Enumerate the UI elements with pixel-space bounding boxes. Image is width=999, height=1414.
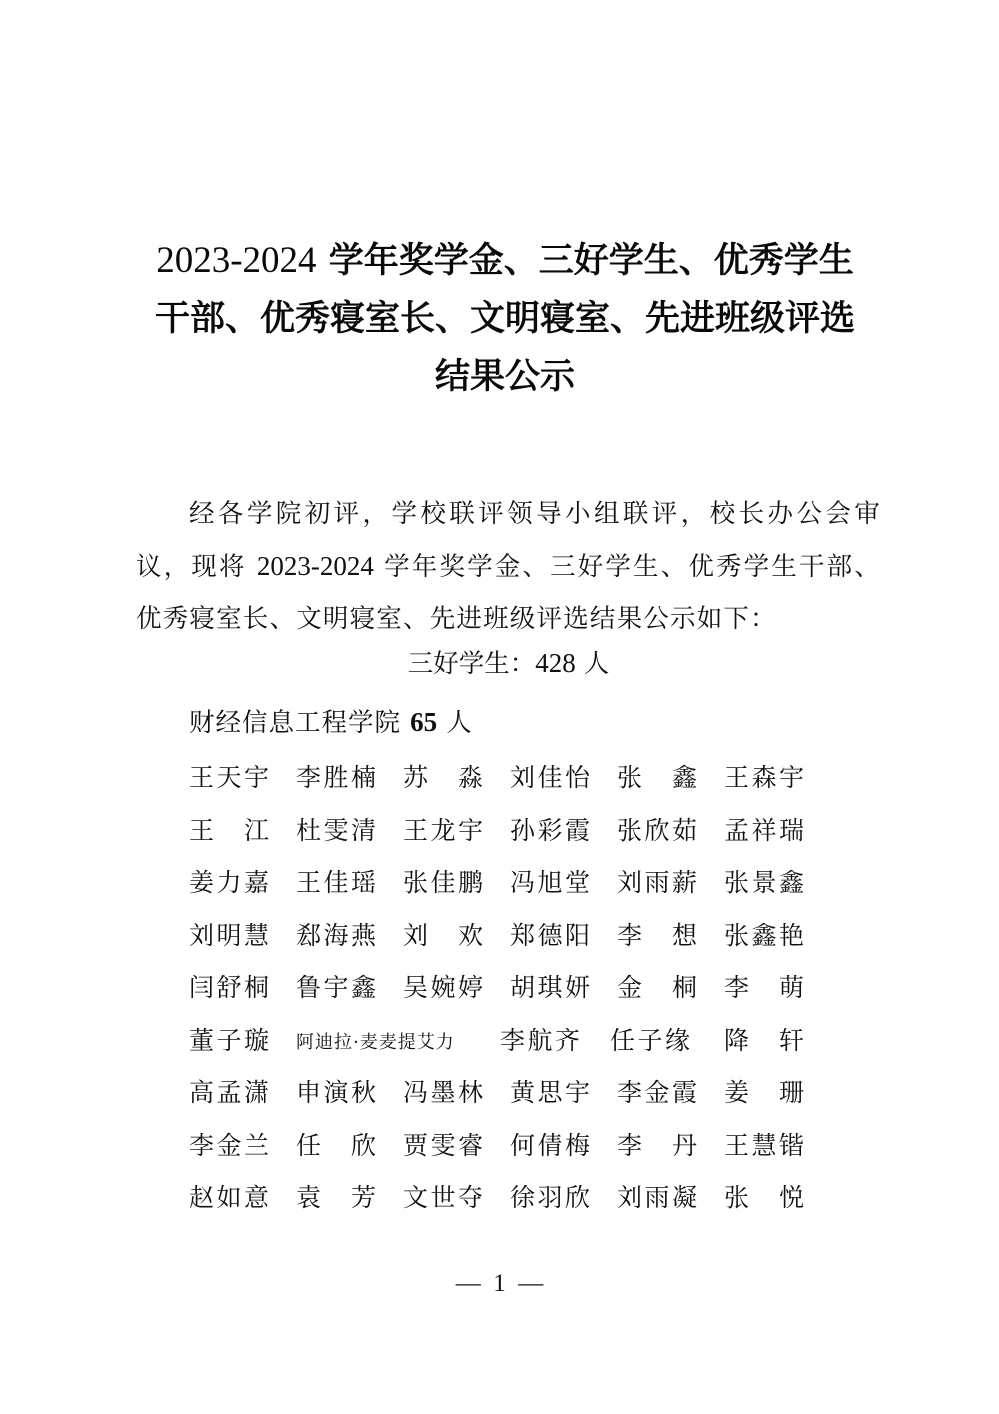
name-char: 齐 <box>555 1021 580 1061</box>
name-char: 王 <box>189 811 214 851</box>
college-heading: 财经信息工程学院 65 人 <box>189 704 473 741</box>
student-name: 郄海燕 <box>296 916 376 956</box>
name-char: 霞 <box>565 811 590 851</box>
name-char: 德 <box>537 916 562 956</box>
name-char: 锴 <box>779 1126 804 1166</box>
student-name: 李 萌 <box>724 968 804 1008</box>
name-char: 雨 <box>644 1178 669 1218</box>
student-name: 姜力嘉 <box>189 863 269 903</box>
name-char: 张 <box>617 758 642 798</box>
name-char: 舒 <box>216 968 241 1008</box>
student-name: 鲁宇鑫 <box>296 968 376 1008</box>
name-char: 鹏 <box>458 863 483 903</box>
name-char: 董 <box>189 1021 214 1061</box>
name-char: 旭 <box>537 863 562 903</box>
student-name: 张 鑫 <box>617 758 697 798</box>
student-name: 李胜楠 <box>296 758 376 798</box>
student-name: 杜雯清 <box>296 811 376 851</box>
name-char: 璇 <box>244 1021 269 1061</box>
name-char: 高 <box>189 1073 214 1113</box>
name-char: 张 <box>724 863 749 903</box>
name-char: 任 <box>610 1021 635 1061</box>
name-char: 何 <box>510 1126 535 1166</box>
name-char: 鑫 <box>672 758 697 798</box>
student-name: 郑德阳 <box>510 916 590 956</box>
name-char: 王 <box>403 811 428 851</box>
student-name: 袁 芳 <box>296 1178 376 1218</box>
name-char: 阳 <box>565 916 590 956</box>
name-char: 如 <box>216 1178 241 1218</box>
name-char: 妍 <box>565 968 590 1008</box>
student-name: 阿迪拉·麦麦提艾力 <box>296 1023 496 1063</box>
name-char <box>751 1021 776 1061</box>
student-name: 黄思宇 <box>510 1073 590 1113</box>
name-char: 思 <box>537 1073 562 1113</box>
name-char: 珊 <box>779 1073 804 1113</box>
name-char: 慧 <box>751 1126 776 1166</box>
student-name: 高孟潇 <box>189 1073 269 1113</box>
name-char: 孟 <box>724 811 749 851</box>
student-name: 王天宇 <box>189 758 269 798</box>
name-char: 航 <box>527 1021 552 1061</box>
name-char: 芳 <box>351 1178 376 1218</box>
name-char: 胜 <box>323 758 348 798</box>
student-name: 冯墨林 <box>403 1073 483 1113</box>
student-name: 张欣茹 <box>617 811 697 851</box>
page-title: 2023-2024 学年奖学金、三好学生、优秀学生 干部、优秀寝室长、文明寝室、… <box>130 232 880 406</box>
student-name: 刘 欢 <box>403 916 483 956</box>
student-name: 申演秋 <box>296 1073 376 1113</box>
name-char: 刘 <box>189 916 214 956</box>
name-char: 子 <box>216 1021 241 1061</box>
name-row: 闫舒桐鲁宇鑫吴婉婷胡琪妍金 桐李 萌 <box>189 968 819 1021</box>
student-name: 王森宇 <box>724 758 804 798</box>
name-char: 婷 <box>458 968 483 1008</box>
student-name: 冯旭堂 <box>510 863 590 903</box>
name-char: 薪 <box>672 863 697 903</box>
name-char <box>751 1178 776 1218</box>
intro-year: 2023-2024 <box>257 551 374 581</box>
name-char: 冯 <box>403 1073 428 1113</box>
name-char: 龙 <box>430 811 455 851</box>
name-char: 孟 <box>216 1073 241 1113</box>
student-name: 刘雨薪 <box>617 863 697 903</box>
name-char: 李 <box>296 758 321 798</box>
section-label: 三好学生： <box>408 649 536 679</box>
name-row: 李金兰任 欣贾雯睿何倩梅李 丹王慧锴 <box>189 1126 819 1179</box>
student-name: 降 轩 <box>724 1021 804 1061</box>
name-char: 鑫 <box>779 863 804 903</box>
student-name: 何倩梅 <box>510 1126 590 1166</box>
name-char: 张 <box>403 863 428 903</box>
name-char: 霞 <box>672 1073 697 1113</box>
name-char: 瑶 <box>351 863 376 903</box>
name-char <box>751 968 776 1008</box>
college-count: 65 <box>410 707 437 737</box>
name-row: 高孟潇申演秋冯墨林黄思宇李金霞姜 珊 <box>189 1073 819 1126</box>
name-char: 婉 <box>430 968 455 1008</box>
student-name: 董子璇 <box>189 1021 269 1061</box>
name-char: 欣 <box>565 1178 590 1218</box>
name-char: 胡 <box>510 968 535 1008</box>
name-char: 慧 <box>244 916 269 956</box>
name-char: 雨 <box>644 863 669 903</box>
name-char: 吴 <box>403 968 428 1008</box>
name-char: 李 <box>617 1126 642 1166</box>
title-line-2: 干部、优秀寝室长、文明寝室、先进班级评选 <box>130 290 880 348</box>
name-char: 王 <box>724 1126 749 1166</box>
name-char: 明 <box>216 916 241 956</box>
name-char: 嘉 <box>244 863 269 903</box>
student-name: 贾雯睿 <box>403 1126 483 1166</box>
name-char: 宇 <box>244 758 269 798</box>
name-char: 子 <box>637 1021 662 1061</box>
name-char: 郄 <box>296 916 321 956</box>
title-line-3: 结果公示 <box>130 348 880 406</box>
college-unit: 人 <box>437 708 473 738</box>
name-char: 刘 <box>617 1178 642 1218</box>
title-line-1: 2023-2024 学年奖学金、三好学生、优秀学生 <box>130 232 880 290</box>
name-char: 演 <box>323 1073 348 1113</box>
name-char: 孙 <box>510 811 535 851</box>
section-unit: 人 <box>576 649 610 679</box>
name-char: 怡 <box>565 758 590 798</box>
student-name: 王慧锴 <box>724 1126 804 1166</box>
name-char: 刘 <box>510 758 535 798</box>
name-char: 王 <box>724 758 749 798</box>
name-char: 海 <box>323 916 348 956</box>
name-char: 申 <box>296 1073 321 1113</box>
name-char: 桐 <box>244 968 269 1008</box>
student-name: 徐羽欣 <box>510 1178 590 1218</box>
name-char: 苏 <box>403 758 428 798</box>
student-name: 张佳鹏 <box>403 863 483 903</box>
name-char: 佳 <box>430 863 455 903</box>
student-name: 王佳瑶 <box>296 863 376 903</box>
name-char: 王 <box>296 863 321 903</box>
name-char: 宇 <box>565 1073 590 1113</box>
name-char: 悦 <box>779 1178 804 1218</box>
name-char: 睿 <box>458 1126 483 1166</box>
name-char: 刘 <box>403 916 428 956</box>
name-char: 金 <box>644 1073 669 1113</box>
name-char: 张 <box>617 811 642 851</box>
student-name: 姜 珊 <box>724 1073 804 1113</box>
name-char: 冯 <box>510 863 535 903</box>
name-row: 董子璇阿迪拉·麦麦提艾力李航齐任子缘降 轩 <box>189 1021 819 1074</box>
name-row: 王天宇李胜楠苏 淼刘佳怡张 鑫王森宇 <box>189 758 819 811</box>
student-name: 刘佳怡 <box>510 758 590 798</box>
name-char: 天 <box>216 758 241 798</box>
student-name: 苏 淼 <box>403 758 483 798</box>
name-char <box>430 916 455 956</box>
name-char: 鲁 <box>296 968 321 1008</box>
name-char: 瑞 <box>779 811 804 851</box>
name-char: 江 <box>244 811 269 851</box>
name-char: 羽 <box>537 1178 562 1218</box>
name-char: 李 <box>189 1126 214 1166</box>
name-char: 世 <box>430 1178 455 1218</box>
intro-paragraph: 经各学院初评，学校联评领导小组联评，校长办公会审议，现将 2023-2024 学… <box>136 488 881 645</box>
student-name: 张景鑫 <box>724 863 804 903</box>
student-name: 文世夺 <box>403 1178 483 1218</box>
name-char: 佳 <box>537 758 562 798</box>
name-char <box>644 916 669 956</box>
name-char: 清 <box>351 811 376 851</box>
name-char <box>323 1178 348 1218</box>
name-char: 降 <box>724 1021 749 1061</box>
student-name: 张鑫艳 <box>724 916 804 956</box>
name-char: 任 <box>296 1126 321 1166</box>
student-name: 胡琪妍 <box>510 968 590 1008</box>
name-char: 祥 <box>751 811 776 851</box>
name-char: 桐 <box>672 968 697 1008</box>
college-name: 财经信息工程学院 <box>189 708 410 738</box>
name-char: 轩 <box>779 1021 804 1061</box>
student-name: 吴婉婷 <box>403 968 483 1008</box>
name-char: 佳 <box>323 863 348 903</box>
name-char: 姜 <box>724 1073 749 1113</box>
student-name: 李航齐 <box>500 1021 580 1061</box>
student-names-grid: 王天宇李胜楠苏 淼刘佳怡张 鑫王森宇王 江杜雯清王龙宇孙彩霞张欣茹孟祥瑞姜力嘉王… <box>189 758 819 1231</box>
name-char: 徐 <box>510 1178 535 1218</box>
name-char: 赵 <box>189 1178 214 1218</box>
name-row: 刘明慧郄海燕刘 欢郑德阳李 想张鑫艳 <box>189 916 819 969</box>
name-char: 丹 <box>672 1126 697 1166</box>
name-row: 王 江杜雯清王龙宇孙彩霞张欣茹孟祥瑞 <box>189 811 819 864</box>
name-char: 彩 <box>537 811 562 851</box>
student-name: 孟祥瑞 <box>724 811 804 851</box>
student-name: 王龙宇 <box>403 811 483 851</box>
student-name: 李 丹 <box>617 1126 697 1166</box>
name-char <box>644 968 669 1008</box>
name-char: 萌 <box>779 968 804 1008</box>
name-char: 张 <box>724 1178 749 1218</box>
name-char: 宇 <box>779 758 804 798</box>
name-char: 宇 <box>458 811 483 851</box>
name-char: 杜 <box>296 811 321 851</box>
name-char: 张 <box>724 916 749 956</box>
name-char: 琪 <box>537 968 562 1008</box>
name-char: 潇 <box>244 1073 269 1113</box>
student-name: 任子缘 <box>610 1021 690 1061</box>
name-char: 力 <box>216 863 241 903</box>
name-char: 欣 <box>351 1126 376 1166</box>
section-count: 428 <box>535 648 576 678</box>
name-char: 茹 <box>672 811 697 851</box>
name-char: 秋 <box>351 1073 376 1113</box>
student-name: 刘明慧 <box>189 916 269 956</box>
student-name: 王 江 <box>189 811 269 851</box>
student-name: 闫舒桐 <box>189 968 269 1008</box>
name-char <box>216 811 241 851</box>
student-name: 赵如意 <box>189 1178 269 1218</box>
name-char: 文 <box>403 1178 428 1218</box>
name-char: 梅 <box>565 1126 590 1166</box>
student-name: 李 想 <box>617 916 697 956</box>
name-char: 堂 <box>565 863 590 903</box>
name-char: 李 <box>617 1073 642 1113</box>
name-char: 欢 <box>458 916 483 956</box>
name-char: 夺 <box>458 1178 483 1218</box>
name-char: 李 <box>500 1021 525 1061</box>
student-name: 任 欣 <box>296 1126 376 1166</box>
name-char: 刘 <box>617 863 642 903</box>
name-row: 姜力嘉王佳瑶张佳鹏冯旭堂刘雨薪张景鑫 <box>189 863 819 916</box>
name-char <box>323 1126 348 1166</box>
name-char: 楠 <box>351 758 376 798</box>
name-char: 淼 <box>458 758 483 798</box>
name-char: 金 <box>617 968 642 1008</box>
name-char: 意 <box>244 1178 269 1218</box>
name-char: 宇 <box>323 968 348 1008</box>
name-char: 森 <box>751 758 776 798</box>
name-char: 李 <box>724 968 749 1008</box>
name-char: 王 <box>189 758 214 798</box>
student-name: 李金兰 <box>189 1126 269 1166</box>
name-char: 姜 <box>189 863 214 903</box>
student-name: 李金霞 <box>617 1073 697 1113</box>
student-name: 张 悦 <box>724 1178 804 1218</box>
name-char: 林 <box>458 1073 483 1113</box>
name-char: 缘 <box>665 1021 690 1061</box>
name-char <box>644 758 669 798</box>
student-name: 孙彩霞 <box>510 811 590 851</box>
name-char: 景 <box>751 863 776 903</box>
name-char: 鑫 <box>351 968 376 1008</box>
name-char: 黄 <box>510 1073 535 1113</box>
name-char <box>430 758 455 798</box>
section-heading-sanhao: 三好学生：428 人 <box>136 645 881 682</box>
title-line-1-text: 学年奖学金、三好学生、优秀学生 <box>317 240 854 281</box>
name-row: 赵如意袁 芳文世夺徐羽欣刘雨凝张 悦 <box>189 1178 819 1231</box>
name-char: 袁 <box>296 1178 321 1218</box>
name-char: 郑 <box>510 916 535 956</box>
name-char: 雯 <box>430 1126 455 1166</box>
student-name: 刘雨凝 <box>617 1178 697 1218</box>
name-char: 闫 <box>189 968 214 1008</box>
name-char: 金 <box>216 1126 241 1166</box>
name-char: 贾 <box>403 1126 428 1166</box>
name-char: 想 <box>672 916 697 956</box>
student-name: 金 桐 <box>617 968 697 1008</box>
name-char: 燕 <box>351 916 376 956</box>
name-char: 兰 <box>244 1126 269 1166</box>
name-char: 墨 <box>430 1073 455 1113</box>
title-year: 2023-2024 <box>156 240 316 281</box>
name-char <box>644 1126 669 1166</box>
name-char <box>751 1073 776 1113</box>
name-char: 李 <box>617 916 642 956</box>
name-char: 雯 <box>323 811 348 851</box>
name-char: 艳 <box>779 916 804 956</box>
name-char: 凝 <box>672 1178 697 1218</box>
name-char: 鑫 <box>751 916 776 956</box>
document-page: 2023-2024 学年奖学金、三好学生、优秀学生 干部、优秀寝室长、文明寝室、… <box>0 0 999 1414</box>
page-number: — 1 — <box>0 1266 999 1302</box>
name-char: 倩 <box>537 1126 562 1166</box>
name-char: 欣 <box>644 811 669 851</box>
